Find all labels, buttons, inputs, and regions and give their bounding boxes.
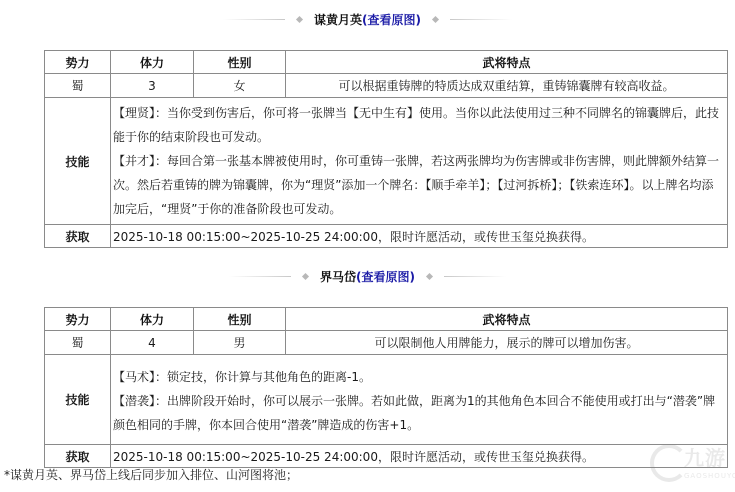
table-row: 蜀 3 女 可以根据重铸牌的特质达成双重结算，重铸锦囊牌有较高收益。 [45, 74, 728, 98]
view-original-image-link[interactable]: (查看原图) [356, 270, 415, 284]
section-title-madai: 界马岱(查看原图) [0, 266, 735, 286]
header-hp: 体力 [111, 308, 194, 331]
obtain-label: 获取 [45, 225, 111, 248]
skills-label: 技能 [45, 355, 111, 445]
skills-content: 【理贤】：当你受到伤害后，你可将一张牌当【无中生有】使用。当你以此法使用过三种不… [111, 98, 728, 225]
header-gender: 性别 [194, 51, 286, 74]
view-original-image-link[interactable]: (查看原图) [362, 13, 421, 27]
title-divider-right [444, 276, 506, 277]
watermark-subtext: GAOSHOUYOU.COM [684, 472, 735, 480]
skill-mashu: 【马术】：锁定技，你计算与其他角色的距离-1。 [113, 365, 723, 389]
hp-value: 3 [111, 74, 194, 98]
skills-row: 技能 【理贤】：当你受到伤害后，你可将一张牌当【无中生有】使用。当你以此法使用过… [45, 98, 728, 225]
title-diamond-icon [426, 272, 433, 279]
title-divider-left [229, 276, 291, 277]
obtain-row: 获取 2025-10-18 00:15:00~2025-10-25 24:00:… [45, 225, 728, 248]
skill-bingcai: 【并才】：每回合第一张基本牌被使用时，你可重铸一张牌，若这两张牌均为伤害牌或非伤… [113, 149, 723, 221]
header-gender: 性别 [194, 308, 286, 331]
header-trait: 武将特点 [286, 51, 728, 74]
title-diamond-icon [296, 15, 303, 22]
table-header-row: 势力 体力 性别 武将特点 [45, 51, 728, 74]
header-trait: 武将特点 [286, 308, 728, 331]
table-row: 蜀 4 男 可以限制他人用牌能力，展示的牌可以增加伤害。 [45, 331, 728, 355]
hp-value: 4 [111, 331, 194, 355]
hero-name: 界马岱(查看原图) [320, 268, 415, 285]
table-header-row: 势力 体力 性别 武将特点 [45, 308, 728, 331]
gender-value: 女 [194, 74, 286, 98]
gender-value: 男 [194, 331, 286, 355]
trait-value: 可以限制他人用牌能力，展示的牌可以增加伤害。 [286, 331, 728, 355]
skills-row: 技能 【马术】：锁定技，你计算与其他角色的距离-1。 【潜袭】：出牌阶段开始时，… [45, 355, 728, 445]
title-diamond-icon [432, 15, 439, 22]
trait-value: 可以根据重铸牌的特质达成双重结算，重铸锦囊牌有较高收益。 [286, 74, 728, 98]
obtain-label: 获取 [45, 445, 111, 468]
title-divider-left [223, 19, 285, 20]
faction-value: 蜀 [45, 74, 111, 98]
header-faction: 势力 [45, 308, 111, 331]
section-title-huangyueying: 谋黄月英(查看原图) [0, 9, 735, 29]
hero-table-madai: 势力 体力 性别 武将特点 蜀 4 男 可以限制他人用牌能力，展示的牌可以增加伤… [44, 307, 728, 468]
footnote: *谋黄月英、界马岱上线后同步加入排位、山河图将池； [4, 466, 298, 483]
skill-qianxi: 【潜袭】：出牌阶段开始时，你可以展示一张牌。若如此做，距离为1的其他角色本回合不… [113, 389, 723, 437]
obtain-value: 2025-10-18 00:15:00~2025-10-25 24:00:00，… [111, 225, 728, 248]
obtain-value: 2025-10-18 00:15:00~2025-10-25 24:00:00，… [111, 445, 728, 468]
header-faction: 势力 [45, 51, 111, 74]
skills-content: 【马术】：锁定技，你计算与其他角色的距离-1。 【潜袭】：出牌阶段开始时，你可以… [111, 355, 728, 445]
hero-name: 谋黄月英(查看原图) [314, 11, 421, 28]
faction-value: 蜀 [45, 331, 111, 355]
skill-lixian: 【理贤】：当你受到伤害后，你可将一张牌当【无中生有】使用。当你以此法使用过三种不… [113, 101, 723, 149]
obtain-row: 获取 2025-10-18 00:15:00~2025-10-25 24:00:… [45, 445, 728, 468]
title-diamond-icon [302, 272, 309, 279]
hero-table-huangyueying: 势力 体力 性别 武将特点 蜀 3 女 可以根据重铸牌的特质达成双重结算，重铸锦… [44, 50, 728, 248]
title-divider-right [450, 19, 512, 20]
header-hp: 体力 [111, 51, 194, 74]
skills-label: 技能 [45, 98, 111, 225]
